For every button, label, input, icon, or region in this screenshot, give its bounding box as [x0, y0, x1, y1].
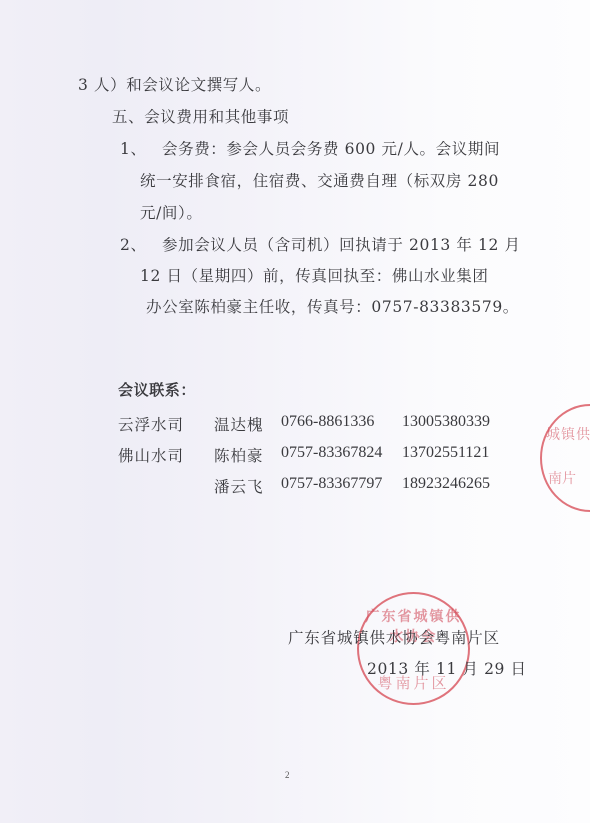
contact-row: 云浮水司 温达槐 0766-8861336 13005380339 [0, 413, 590, 435]
item1-line3: 元/间）。 [140, 203, 202, 223]
item1-number: 1、 [120, 139, 147, 159]
contact-org: 佛山水司 [118, 444, 184, 466]
contact-mobile: 13005380339 [402, 413, 490, 431]
signature-organization: 广东省城镇供水协会粤南片区 [288, 628, 500, 648]
contact-row: 潘云飞 0757-83367797 18923246265 [0, 475, 590, 497]
contact-mobile: 18923246265 [402, 475, 490, 493]
contact-name: 潘云飞 [214, 475, 264, 497]
page-number: 2 [285, 770, 290, 780]
item2-number: 2、 [120, 235, 147, 255]
seal-text-top: 城镇供 [546, 424, 590, 444]
contact-name: 温达槐 [214, 413, 264, 435]
contact-name: 陈柏豪 [214, 444, 264, 466]
contacts-heading: 会议联系： [118, 380, 196, 400]
seal-text-bottom: 南片 [548, 468, 576, 488]
item1-line1: 会务费：参会人员会务费 600 元/人。会议期间 [162, 139, 500, 159]
signature-date: 2013 年 11 月 29 日 [367, 659, 527, 679]
section-five-heading: 五、会议费用和其他事项 [112, 107, 289, 127]
item1-line2: 统一安排食宿，住宿费、交通费自理（标双房 280 [140, 171, 499, 191]
contact-tel: 0757-83367797 [281, 475, 382, 493]
intro-line: 3 人）和会议论文撰写人。 [78, 75, 271, 95]
contact-mobile: 13702551121 [402, 444, 489, 462]
item2-line2: 12 日（星期四）前，传真回执至：佛山水业集团 [140, 266, 488, 286]
official-seal: 广东省城镇供水协会 粤南片区 [357, 592, 470, 705]
item2-line3: 办公室陈柏豪主任收，传真号：0757-83383579。 [146, 297, 519, 317]
contact-tel: 0766-8861336 [281, 413, 374, 431]
contact-org: 云浮水司 [118, 413, 184, 435]
contact-row: 佛山水司 陈柏豪 0757-83367824 13702551121 [0, 444, 590, 466]
item2-line1: 参加会议人员（含司机）回执请于 2013 年 12 月 [162, 235, 521, 255]
contact-tel: 0757-83367824 [281, 444, 382, 462]
